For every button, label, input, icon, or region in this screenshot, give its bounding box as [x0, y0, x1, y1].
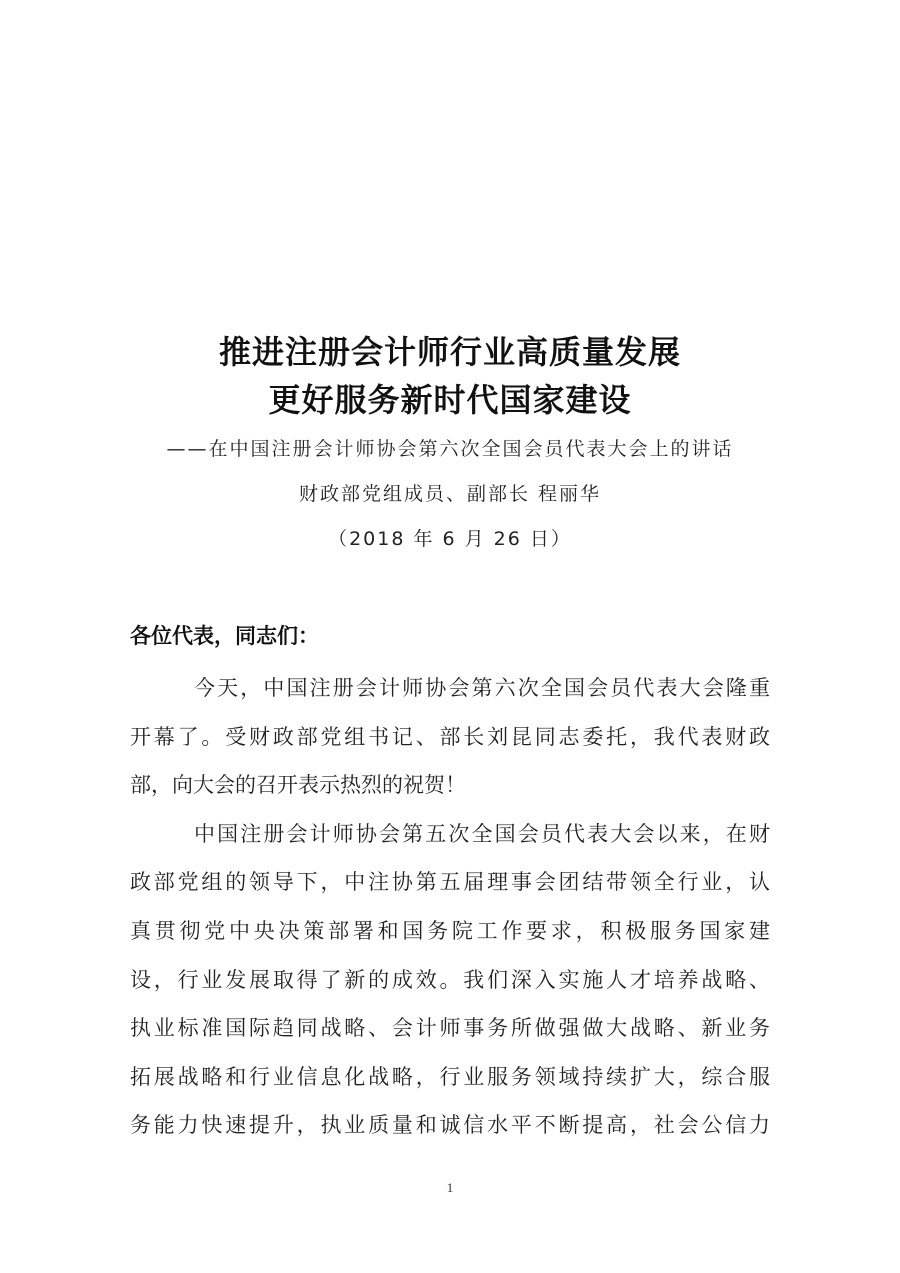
paragraph-line: 今天，中国注册会计师协会第六次全国会员代表大会隆重: [130, 664, 770, 713]
page-number: 1: [0, 1180, 900, 1196]
paragraph: 今天，中国注册会计师协会第六次全国会员代表大会隆重 开幕了。受财政部党组书记、部…: [130, 664, 770, 810]
speech-date: （2018 年 6 月 26 日）: [0, 524, 900, 554]
paragraph-line: 设，行业发展取得了新的成效。我们深入实施人才培养战略、: [130, 956, 770, 1005]
paragraph-line: 执业标准国际趋同战略、会计师事务所做强做大战略、新业务: [130, 1004, 770, 1053]
document-page: 推进注册会计师行业高质量发展 更好服务新时代国家建设 ——在中国注册会计师协会第…: [0, 0, 900, 1273]
document-title-line-2: 更好服务新时代国家建设: [0, 376, 900, 424]
body-text: 今天，中国注册会计师协会第六次全国会员代表大会隆重 开幕了。受财政部党组书记、部…: [130, 664, 770, 1150]
paragraph-line: 部，向大会的召开表示热烈的祝贺！: [130, 761, 770, 810]
paragraph-line: 中国注册会计师协会第五次全国会员代表大会以来，在财: [130, 810, 770, 859]
speaker-line: 财政部党组成员、副部长 程丽华: [0, 479, 900, 509]
paragraph-line: 拓展战略和行业信息化战略，行业服务领域持续扩大，综合服: [130, 1053, 770, 1102]
paragraph-line: 政部党组的领导下，中注协第五届理事会团结带领全行业，认: [130, 858, 770, 907]
paragraph: 中国注册会计师协会第五次全国会员代表大会以来，在财 政部党组的领导下，中注协第五…: [130, 810, 770, 1150]
paragraph-line: 真贯彻党中央决策部署和国务院工作要求，积极服务国家建: [130, 907, 770, 956]
document-title-line-1: 推进注册会计师行业高质量发展: [0, 328, 900, 376]
document-subtitle: ——在中国注册会计师协会第六次全国会员代表大会上的讲话: [0, 434, 900, 464]
paragraph-line: 开幕了。受财政部党组书记、部长刘昆同志委托，我代表财政: [130, 713, 770, 762]
salutation: 各位代表，同志们：: [130, 620, 319, 652]
paragraph-line: 务能力快速提升，执业质量和诚信水平不断提高，社会公信力: [130, 1101, 770, 1150]
